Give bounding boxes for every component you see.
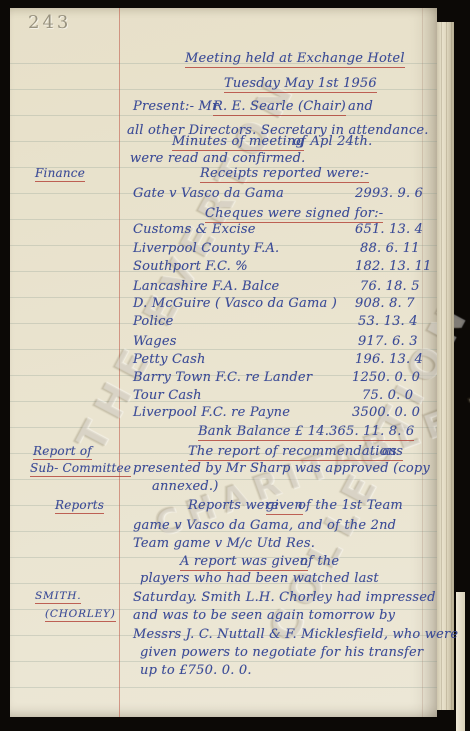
smith-text: given powers to negotiate for his transf… [140, 645, 423, 660]
cheque-amount: 3500. 0. 0 [352, 405, 420, 420]
smith-line3: SMITH. Saturday. Smith L.H. Chorley had … [0, 590, 470, 608]
present-chairman-name: R. E. Searle (Chair) [213, 99, 346, 116]
reports-text: Team game v M/c Utd Res. [133, 536, 315, 551]
confirmed-text: were read and confirmed. [130, 151, 306, 166]
receipts-line: Finance Receipts reported were:- [0, 166, 470, 184]
meeting-date-line: Tuesday May 1st 1956 [0, 76, 470, 94]
cheque-row: Wages 917. 6. 3 [0, 334, 470, 352]
receipts-heading: Receipts reported were:- [200, 166, 369, 183]
smith-line1: A report was given of the [0, 554, 470, 572]
smith-line7: up to £750. 0. 0. [0, 663, 470, 681]
cheque-amount: 75. 0. 0 [362, 388, 413, 403]
cheque-label: Barry Town F.C. re Lander [133, 370, 312, 385]
cheque-amount: 196. 13. 4 [355, 352, 423, 367]
reports-margin-label: Reports [55, 498, 104, 514]
smith-text: Messrs J. C. Nuttall & F. Micklesfield, … [133, 627, 458, 642]
minutes-phrase: Minutes of meeting [172, 134, 304, 151]
reports-text: game v Vasco da Gama, and of the 2nd [133, 518, 396, 533]
minutes-line: Minutes of meeting of Apl 24th. [0, 134, 470, 152]
cheque-label: Liverpool County F.A. [133, 241, 279, 256]
sub-committee-margin-label-1: Report of [33, 444, 92, 460]
present-post: and [348, 99, 373, 114]
smith-line6: given powers to negotiate for his transf… [0, 645, 470, 663]
cheque-amount: 908. 8. 7 [355, 296, 415, 311]
cheque-label: Wages [133, 334, 177, 349]
receipt-amount: 2993. 9. 6 [355, 186, 423, 201]
sub-committee-text: as [382, 444, 397, 459]
cheque-label: Police [133, 314, 174, 329]
meeting-title-line: Meeting held at Exchange Hotel [0, 51, 470, 69]
cheque-row: Police 53. 13. 4 [0, 314, 470, 332]
reports-text: of the 1st Team [298, 498, 403, 513]
cheque-row: Lancashire F.A. Balce 76. 18. 5 [0, 279, 470, 297]
smith-text: and was to be seen again tomorrow by [133, 608, 395, 623]
smith-text: of the [300, 554, 339, 569]
cheque-row: Barry Town F.C. re Lander 1250. 0. 0 [0, 370, 470, 388]
cheque-amount: 1250. 0. 0 [352, 370, 420, 385]
cheque-label: D. McGuire ( Vasco da Gama ) [133, 296, 337, 311]
smith-line4: (CHORLEY) and was to be seen again tomor… [0, 608, 470, 626]
smith-margin-label: SMITH. [35, 590, 81, 604]
cheque-label: Petty Cash [133, 352, 206, 367]
minutes-date: of Apl 24th. [293, 134, 372, 149]
smith-line2: players who had been watched last [0, 571, 470, 589]
cheque-row: Tour Cash 75. 0. 0 [0, 388, 470, 406]
cheque-row: Customs & Excise 651. 13. 4 [0, 222, 470, 240]
finance-margin-label: Finance [35, 166, 85, 182]
reports-line1: Reports Reports were given of the 1st Te… [0, 498, 470, 516]
cheques-heading: Cheques were signed for:- [205, 206, 383, 223]
cheque-amount: 53. 13. 4 [358, 314, 418, 329]
reports-line3: Team game v M/c Utd Res. [0, 536, 470, 554]
cheque-row: D. McGuire ( Vasco da Gama ) 908. 8. 7 [0, 296, 470, 314]
cheque-amount: 88. 6. 11 [360, 241, 420, 256]
cheque-label: Southport F.C. % [133, 259, 248, 274]
smith-line5: Messrs J. C. Nuttall & F. Micklesfield, … [0, 627, 470, 645]
meeting-date: Tuesday May 1st 1956 [224, 76, 377, 93]
cheque-label: Customs & Excise [133, 222, 256, 237]
page-number: 243 [28, 12, 71, 33]
cheque-amount: 651. 13. 4 [355, 222, 423, 237]
cheque-label: Liverpool F.C. re Payne [133, 405, 290, 420]
cheque-row: Petty Cash 196. 13. 4 [0, 352, 470, 370]
receipt-row: Gate v Vasco da Gama 2993. 9. 6 [0, 186, 470, 204]
sub-committee-text: annexed.) [152, 479, 219, 494]
receipt-label: Gate v Vasco da Gama [133, 186, 284, 201]
cheque-amount: 76. 18. 5 [360, 279, 420, 294]
smith-text: Saturday. Smith L.H. Chorley had impress… [133, 590, 436, 605]
sub-committee-margin-label-2: Sub- Committee [30, 461, 131, 477]
cheque-row: Liverpool County F.A. 88. 6. 11 [0, 241, 470, 259]
sub-committee-line2: Sub- Committee presented by Mr Sharp was… [0, 461, 470, 479]
cheque-amount: 917. 6. 3 [358, 334, 418, 349]
smith-text: players who had been watched last [140, 571, 379, 586]
cheque-label: Lancashire F.A. Balce [133, 279, 279, 294]
bank-balance-line: Bank Balance £ 14.365. 11. 8. 6 [0, 424, 470, 442]
smith-text: up to £750. 0. 0. [140, 663, 252, 678]
cheque-row: Southport F.C. % 182. 13. 11 [0, 259, 470, 277]
meeting-title: Meeting held at Exchange Hotel [185, 51, 405, 68]
photo-background: THE EVERTON COLLECTION CHARITABLE TRUST … [0, 0, 470, 731]
sub-committee-text: presented by Mr Sharp was approved (copy [133, 461, 430, 476]
smith-text-underlined: A report was given [180, 554, 308, 571]
cheque-row: Liverpool F.C. re Payne 3500. 0. 0 [0, 405, 470, 423]
sub-committee-line3: annexed.) [0, 479, 470, 497]
bank-balance: Bank Balance £ 14.365. 11. 8. 6 [198, 424, 414, 441]
cheque-label: Tour Cash [133, 388, 202, 403]
reports-line2: game v Vasco da Gama, and of the 2nd [0, 518, 470, 536]
sub-committee-line1: Report of The report of recommendations … [0, 444, 470, 462]
sub-committee-text-underlined: The report of recommendations [188, 444, 403, 461]
cheque-amount: 182. 13. 11 [355, 259, 432, 274]
chorley-margin-label: (CHORLEY) [45, 608, 116, 622]
present-pre: Present:- Mr [133, 99, 218, 114]
present-line: Present:- Mr R. E. Searle (Chair) and [0, 99, 470, 117]
